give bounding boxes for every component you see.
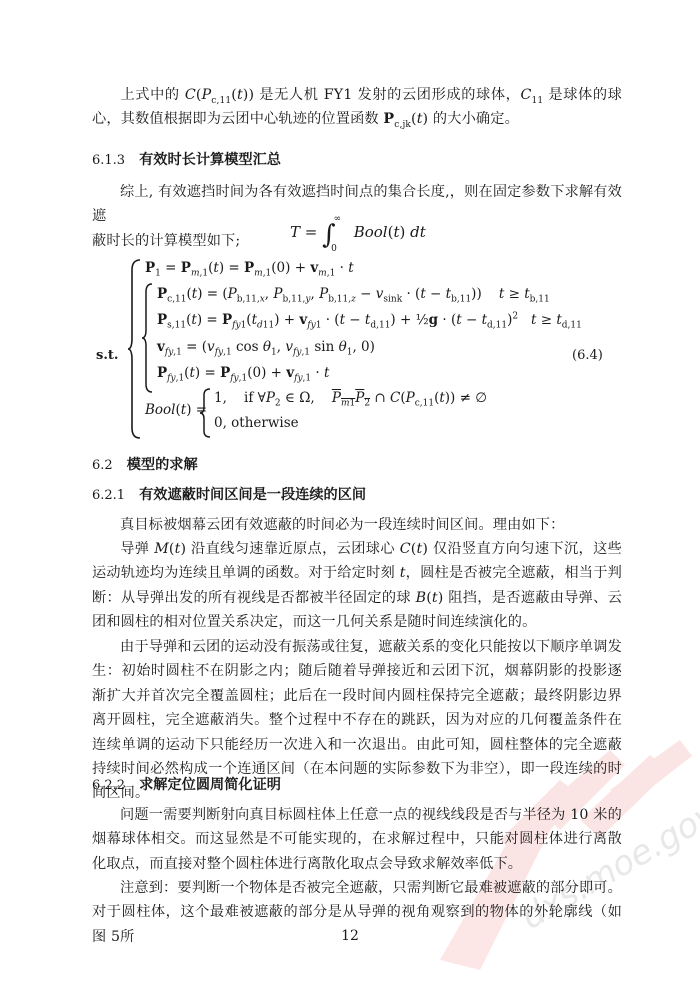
equation-bool-lhs: Bool(t) =	[145, 402, 207, 418]
section-heading-6-1-3: 6.1.3有效时长计算模型汇总	[92, 150, 281, 171]
outer-brace	[128, 258, 142, 440]
bool-brace	[200, 387, 212, 439]
equation-integral: T = ∫∞0 Bool(t) dt	[290, 220, 426, 250]
equation-drone-velocity: vfy,1 = (vfy,1 cos θ1, vfy,1 sin θ1, 0)	[157, 339, 375, 355]
equation-smoke-position: Ps,11(t) = Pfy1(td11) + vfy1 · (t − td,1…	[157, 312, 582, 328]
equation-missile-position: P1 = Pm,1(t) = Pm,1(0) + vm,1 · t	[145, 260, 354, 276]
equation-bool-case2: 0, otherwise	[214, 415, 299, 431]
paragraph-continuous-interval-claim: 真目标被烟幕云团有效遮蔽的时间必为一段连续时间区间。理由如下：	[92, 513, 622, 537]
document-page: dxs.moe.gov.cn 上式中的 C(Pc,11(t)) 是无人机 FY1…	[0, 0, 700, 989]
equation-cloud-center: Pc,11(t) = (Pb,11,x, Pb,11,y, Pb,11,z − …	[157, 286, 550, 302]
page-number: 12	[0, 928, 700, 944]
equation-drone-position: Pfy,1(t) = Pfy,1(0) + vfy,1 · t	[157, 365, 329, 381]
equation-number: (6.4)	[572, 348, 603, 363]
section-heading-6-2: 6.2模型的求解	[92, 455, 198, 476]
paragraph-sphere-definition: 上式中的 C(Pc,11(t)) 是无人机 FY1 发射的云团形成的球体，C11…	[92, 83, 622, 132]
equation-bool-case1: 1, if ∀P2 ∈ Ω, Pm1P2 ∩ C(Pc,11(t)) ≠ ∅	[214, 390, 487, 406]
inner-brace	[142, 282, 154, 394]
paragraph-motion-description: 导弹 M(t) 沿直线匀速靠近原点，云团球心 C(t) 仅沿竖直方向匀速下沉，这…	[92, 537, 622, 635]
section-heading-6-2-1: 6.2.1有效遮蔽时间区间是一段连续的区间	[92, 485, 366, 506]
section-heading-6-2-2: 6.2.2求解定位圆周简化证明	[92, 775, 281, 796]
subject-to-label: s.t.	[96, 348, 118, 363]
paragraph-discretization: 问题一需要判断射向真目标圆柱体上任意一点的视线线段是否与半径为 10 米的烟幕球…	[92, 803, 622, 876]
